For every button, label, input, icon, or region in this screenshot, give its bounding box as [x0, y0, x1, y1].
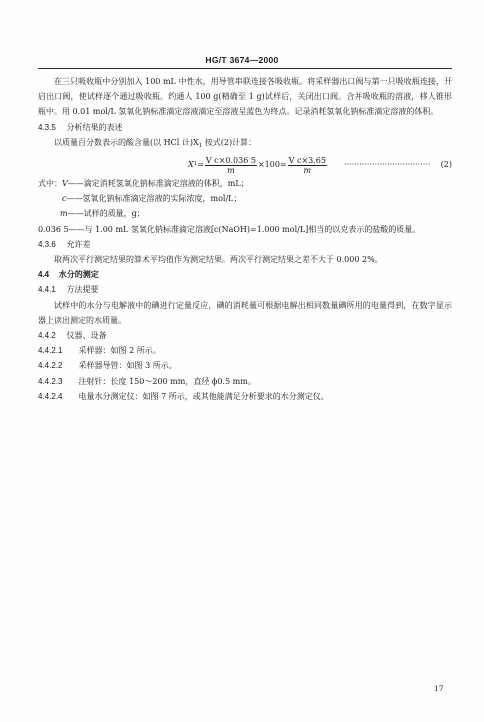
tolerance-paragraph: 取两次平行测定结果的算术平均值作为测定结果。两次平行测定结果之差不大于 0.00… [38, 252, 452, 267]
formula-lead-tail: 按式(2)计算： [202, 138, 256, 147]
item-number: 4.4.2.2 [38, 358, 76, 373]
section-title: 允许差 [67, 240, 91, 249]
fraction-2: V c×3.65 m [288, 156, 327, 175]
section-number: 4.3.5 [38, 120, 64, 135]
equation-number: (2) [441, 157, 452, 172]
section-heading-4-4: 4.4 水分的测定 [38, 267, 452, 282]
formula-lead-text: 以质量百分数表示的酸含量(以 HCl 计)X [54, 138, 199, 147]
item-text: 采样器：如图 2 所示。 [79, 346, 161, 355]
section-number: 4.4.1 [38, 282, 64, 297]
definition-c: c——氢氧化钠标准滴定溶液的实际浓度，mol/L； [38, 191, 452, 206]
equipment-item-3: 4.4.2.3 注射针：长度 150～200 mm，直径 ϕ0.5 mm。 [38, 374, 452, 389]
section-title: 水分的测定 [59, 269, 99, 279]
item-text: 注射针：长度 150～200 mm，直径 ϕ0.5 mm。 [79, 377, 256, 386]
section-title: 仪器、设备 [67, 331, 107, 340]
where-label: 式中： [38, 176, 62, 191]
definition-desc: ——试样的质量，g； [68, 206, 145, 221]
equipment-item-1: 4.4.2.1 采样器：如图 2 所示。 [38, 343, 452, 358]
formula-expression: X1 = V c×0.036 5 m ×100= V c×3.65 m [188, 156, 328, 175]
intro-paragraph: 在三只吸收瓶中分别加入 100 mL 中性水，用导管串联连接各吸收瓶。将采样器出… [38, 74, 452, 120]
fraction-1-denominator: m [227, 166, 235, 175]
definition-v: 式中：V——滴定消耗氢氧化钠标准滴定溶液的体积，mL； [38, 176, 452, 191]
item-number: 4.4.2.4 [38, 389, 76, 404]
definition-m: m——试样的质量，g； [38, 206, 452, 221]
definition-desc: ——与 1.00 mL 氢氧化钠标准滴定溶液[c(NaOH)=1.000 mol… [69, 222, 451, 237]
fraction-1-numerator: V c×0.036 5 [205, 156, 257, 166]
item-text: 采样器导管：如图 3 所示。 [79, 361, 177, 370]
definition-symbol: m [60, 206, 68, 221]
section-heading-4-3-6: 4.3.6 允许差 [38, 237, 452, 252]
fraction-2-numerator: V c×3.65 [288, 156, 327, 166]
item-number: 4.4.2.1 [38, 343, 76, 358]
method-summary-paragraph: 试样中的水分与电解液中的碘进行定量反应，碘的消耗量可根据电解出相同数量碘所用的电… [38, 298, 452, 328]
item-number: 4.4.2.3 [38, 374, 76, 389]
definition-desc: ——氢氧化钠标准滴定溶液的实际浓度，mol/L； [66, 191, 241, 206]
fraction-2-denominator: m [304, 166, 312, 175]
item-text: 电量水分测定仪：如图 7 所示，或其他能满足分析要求的水分测定仪。 [79, 392, 329, 401]
document-body: 在三只吸收瓶中分别加入 100 mL 中性水，用导管串联连接各吸收瓶。将采样器出… [38, 74, 452, 404]
fraction-1: V c×0.036 5 m [205, 156, 257, 175]
definition-constant: 0.036 5——与 1.00 mL 氢氧化钠标准滴定溶液[c(NaOH)=1.… [38, 222, 452, 237]
page-number: 17 [434, 684, 444, 693]
header-rule [38, 68, 452, 69]
definition-desc: ——滴定消耗氢氧化钠标准滴定溶液的体积，mL； [68, 176, 249, 191]
section-title: 方法提要 [67, 285, 99, 294]
section-number: 4.4.2 [38, 328, 64, 343]
section-heading-4-4-2: 4.4.2 仪器、设备 [38, 328, 452, 343]
section-number: 4.4 [38, 267, 56, 282]
section-heading-4-4-1: 4.4.1 方法提要 [38, 282, 452, 297]
equipment-item-4: 4.4.2.4 电量水分测定仪：如图 7 所示，或其他能满足分析要求的水分测定仪… [38, 389, 452, 404]
definition-symbol: 0.036 5 [38, 222, 69, 237]
leader-dots: ·································· [344, 157, 435, 172]
section-title: 分析结果的表述 [67, 123, 123, 132]
formula-equals: = [197, 157, 204, 172]
standard-code-header: HG/T 3674—2000 [0, 55, 484, 65]
section-heading-4-3-5: 4.3.5 分析结果的表述 [38, 120, 452, 135]
equipment-item-2: 4.4.2.2 采样器导管：如图 3 所示。 [38, 358, 452, 373]
formula-times-100: ×100= [258, 157, 287, 172]
section-number: 4.3.6 [38, 237, 64, 252]
formula-2: X1 = V c×0.036 5 m ×100= V c×3.65 m ····… [38, 154, 452, 176]
formula-lead: 以质量百分数表示的酸含量(以 HCl 计)X1 按式(2)计算： [38, 135, 452, 154]
document-page: HG/T 3674—2000 在三只吸收瓶中分别加入 100 mL 中性水，用导… [0, 0, 484, 722]
